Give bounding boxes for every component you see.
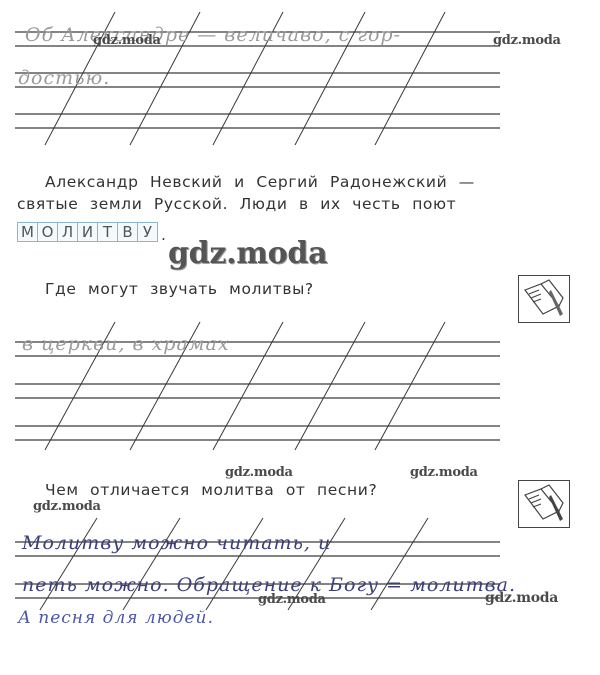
- watermark: gdz.moda: [93, 33, 161, 48]
- watermark-large: gdz.moda: [168, 236, 327, 271]
- question-1-answer: в церкви, в храмах: [22, 333, 230, 355]
- handwritten-answer-line-2: достью.: [18, 67, 110, 89]
- book-pencil-icon: [518, 480, 570, 528]
- letter-cell[interactable]: В: [118, 223, 138, 241]
- answer-suffix: .: [161, 226, 167, 244]
- answer-letter-boxes[interactable]: М О Л И Т В У: [17, 222, 158, 242]
- question-1-text: Где могут звучать молитвы?: [45, 280, 314, 298]
- handwritten-answer-line-1: Об Александре — величаво, с гор-: [25, 24, 401, 46]
- workbook-page: Об Александре — величаво, с гор- достью.…: [0, 0, 600, 675]
- letter-cell[interactable]: О: [38, 223, 58, 241]
- letter-cell[interactable]: Т: [98, 223, 118, 241]
- watermark: gdz.moda: [410, 465, 478, 480]
- watermark: gdz.moda: [485, 590, 558, 606]
- letter-cell[interactable]: У: [138, 223, 157, 241]
- watermark: gdz.moda: [33, 499, 101, 514]
- question-2-text: Чем отличается молитва от песни?: [45, 481, 377, 499]
- question-2-answer-line-1: Молитву можно читать, и: [22, 532, 331, 554]
- paragraph-line-2: святые земли Русской. Люди в их честь по…: [17, 195, 456, 213]
- paragraph-line-1: Александр Невский и Сергий Радонежский —: [45, 173, 475, 191]
- letter-cell[interactable]: Л: [58, 223, 78, 241]
- question-2-answer-line-3: А песня для людей.: [18, 608, 214, 628]
- watermark: gdz.moda: [258, 592, 326, 607]
- watermark: gdz.moda: [225, 465, 293, 480]
- book-pencil-icon: [518, 275, 570, 323]
- letter-cell[interactable]: И: [78, 223, 98, 241]
- letter-cell[interactable]: М: [18, 223, 38, 241]
- watermark: gdz.moda: [493, 33, 561, 48]
